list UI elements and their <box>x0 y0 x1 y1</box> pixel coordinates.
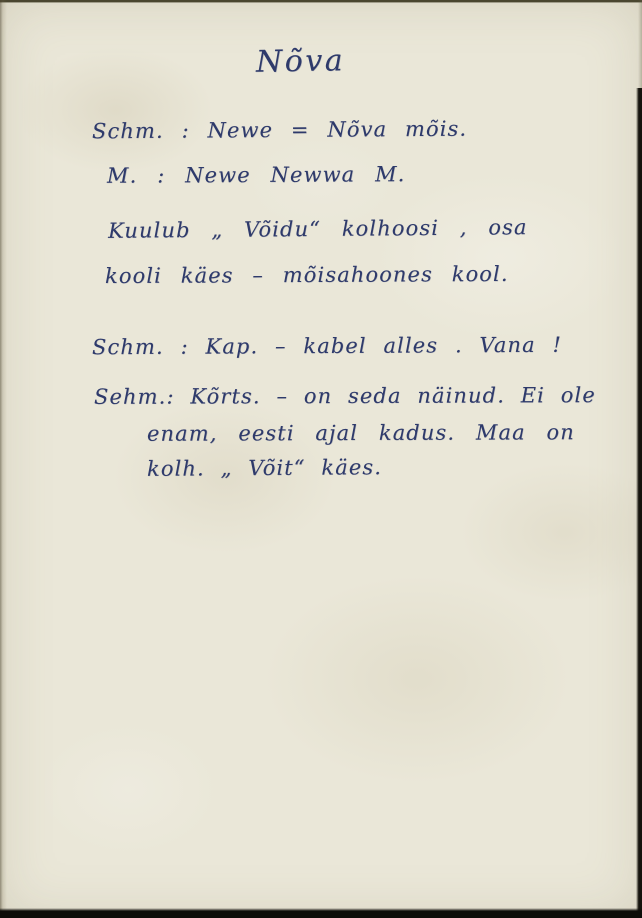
note-line-kap-kabel: Schm. : Kap. – kabel alles . Vana ! <box>92 333 562 359</box>
note-line-kuulub-voidu: Kuulub „ Võidu“ kolhoosi , osa <box>108 215 528 243</box>
scan-edge-right-upper <box>638 0 642 88</box>
scan-edge-right <box>636 88 642 918</box>
note-line-schm-newe: Schm. : Newe = Nõva mõis. <box>92 117 467 144</box>
note-line-m-newe: M. : Newe Newwa M. <box>107 162 406 188</box>
scan-edge-left <box>0 0 7 918</box>
note-line-kooli-kaes: kooli käes – mõisahoones kool. <box>105 262 509 288</box>
scanned-note-page: Nõva Schm. : Newe = Nõva mõis. M. : Newe… <box>0 0 642 918</box>
scan-edge-top <box>0 0 642 3</box>
note-title: Nõva <box>256 43 346 80</box>
scan-edge-bottom <box>0 908 642 918</box>
note-line-korts: Sehm.: Kõrts. – on seda näinud. Ei ole <box>94 383 596 409</box>
note-line-enam-eesti: enam, eesti ajal kadus. Maa on <box>147 420 575 445</box>
note-line-kolh-voit: kolh. „ Võit“ käes. <box>147 455 382 481</box>
